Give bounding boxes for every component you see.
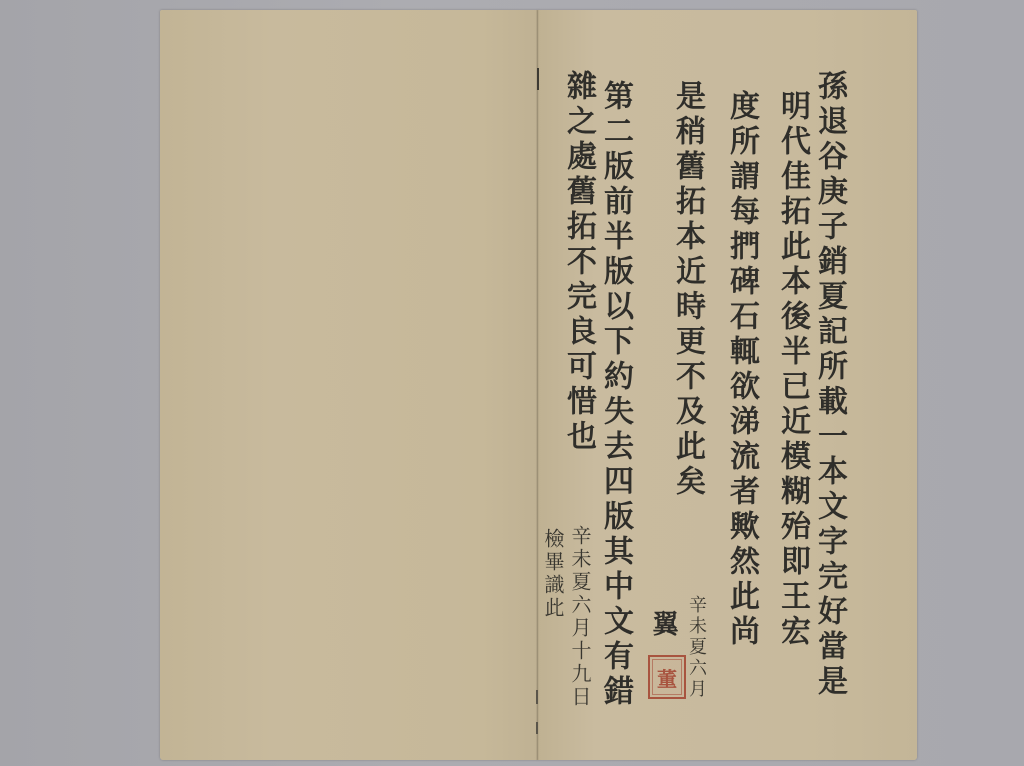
fold-mark-bottom-2 [536, 722, 538, 734]
inscription-2-date: 辛未夏六月十九日 [570, 525, 590, 709]
seal-stamp: 董 [648, 655, 686, 699]
book-fold [536, 10, 539, 760]
text-column-6: 雜之處舊拓不完良可惜也 [563, 70, 593, 455]
inscription-1-date: 辛未夏六月 [687, 595, 705, 700]
fold-mark-bottom [536, 690, 538, 704]
text-column-3: 度所謂每捫碑石輒欲涕流者歟然此尚 [726, 90, 756, 650]
fold-mark-top [537, 68, 539, 90]
text-column-5: 第二版前半版以下約失去四版其中文有錯 [600, 80, 630, 710]
text-column-1: 孫退谷庚子銷夏記所載一本文字完好當是 [814, 70, 844, 700]
text-column-4: 是稍舊拓本近時更不及此矣 [672, 80, 702, 500]
inscription-2-signature: 檢畢識此 [543, 528, 563, 620]
book-spread: 孫退谷庚子銷夏記所載一本文字完好當是 明代佳拓此本後半已近模糊殆即王宏 度所謂每… [160, 10, 917, 760]
left-page [160, 10, 538, 760]
inscription-1-signature: 翼 [650, 610, 676, 641]
text-column-2: 明代佳拓此本後半已近模糊殆即王宏 [777, 90, 807, 650]
